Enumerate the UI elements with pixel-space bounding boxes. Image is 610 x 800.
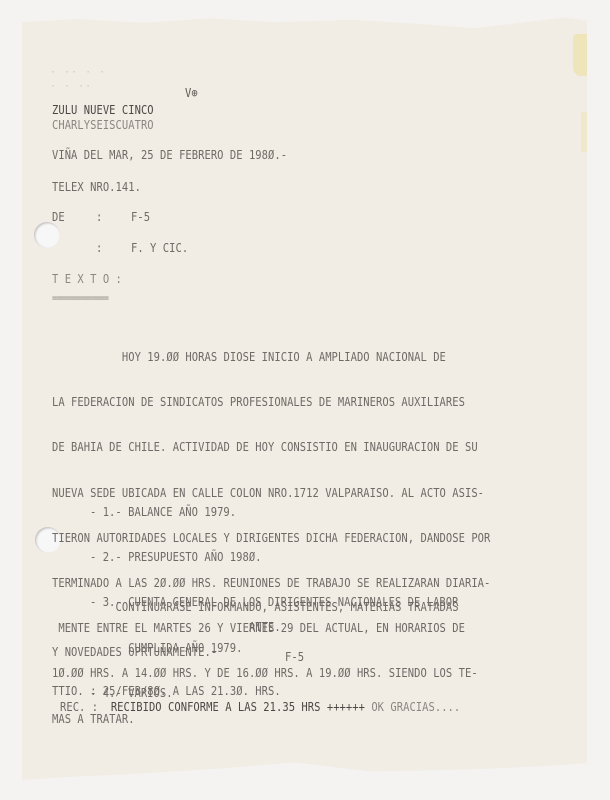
from-sep: : bbox=[96, 210, 102, 225]
closing-line: CONTINUARASE INFORMANDO, ASISTENTES, MAT… bbox=[52, 600, 459, 615]
body-line: HOY 19.ØØ HORAS DIOSE INICIO A AMPLIADO … bbox=[52, 350, 490, 365]
closing-line: Y NOVEDADES OPRTUNAMENTE.- bbox=[52, 645, 459, 660]
body-line: LA FEDERACION DE SINDICATOS PROFESIONALE… bbox=[52, 395, 490, 410]
receipt-value: RECIBIDO CONFORME A LAS 21.35 HRS ++++++ bbox=[111, 700, 371, 714]
topic-item: - 2.- PRESUPUESTO AÑO 198Ø. bbox=[90, 550, 458, 565]
header-line-2: CHARLYSEISCUATRO bbox=[52, 118, 154, 133]
mark-v: V⊕ bbox=[185, 86, 198, 101]
telex-number: TELEX NRO.141. bbox=[52, 180, 141, 195]
text-rule: ============= bbox=[52, 291, 108, 306]
faded-impression: · ·· · · bbox=[50, 66, 106, 80]
text-label: T E X T O : bbox=[52, 272, 122, 287]
transmission-line: TTIO. : 25/FEB/8Ø. A LAS 21.3Ø. HRS. bbox=[52, 684, 281, 699]
topic-item: - 1.- BALANCE AÑO 1979. bbox=[90, 505, 458, 520]
receipt-line: REC. : RECIBIDO CONFORME A LAS 21.35 HRS… bbox=[60, 700, 460, 715]
to-sep: : bbox=[96, 241, 102, 256]
place-date: VIÑA DEL MAR, 25 DE FEBRERO DE 198Ø.- bbox=[52, 148, 287, 163]
body-line: DE BAHIA DE CHILE. ACTIVIDAD DE HOY CONS… bbox=[52, 440, 490, 455]
salutation: ATTE. bbox=[249, 620, 281, 635]
paper-stain bbox=[581, 112, 587, 152]
paper-stain bbox=[573, 34, 587, 76]
receipt-label: REC. : bbox=[60, 700, 98, 714]
faded-impression: · · ·· bbox=[50, 80, 92, 94]
from-value: F-5 bbox=[131, 210, 150, 225]
header-line-1: ZULU NUEVE CINCO bbox=[52, 103, 154, 118]
receipt-tail: OK GRACIAS.... bbox=[371, 700, 460, 714]
signature: F-5 bbox=[285, 650, 304, 665]
from-label: DE bbox=[52, 210, 65, 225]
to-value: F. Y CIC. bbox=[131, 241, 188, 256]
punch-hole bbox=[34, 222, 60, 248]
